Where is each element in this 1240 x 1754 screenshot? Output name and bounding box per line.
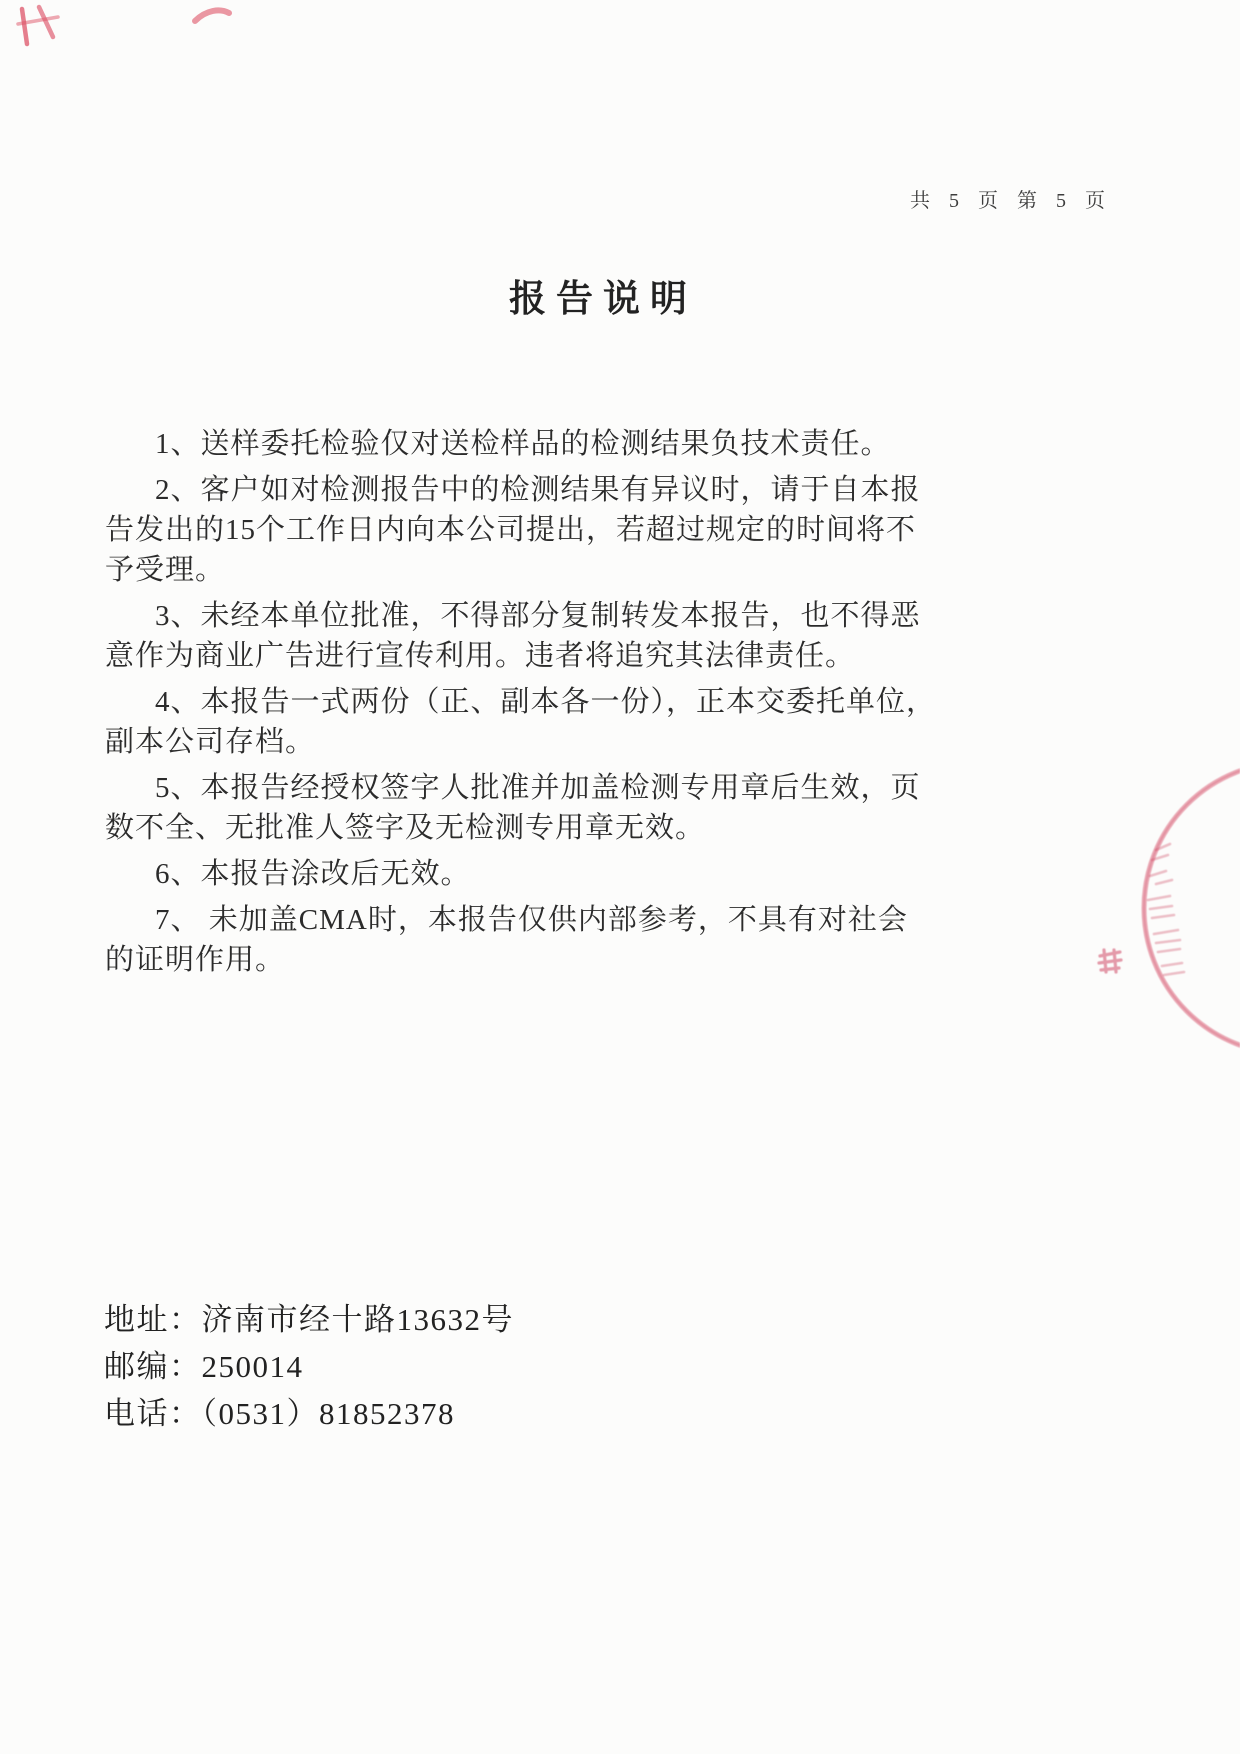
postcode-line: 邮编：250014 (104, 1343, 514, 1390)
red-pen-mark-left (12, 4, 66, 50)
red-pen-mark-small (190, 2, 234, 30)
note-line: 告发出的15个工作日内向本公司提出，若超过规定的时间将不 (105, 510, 925, 550)
note-line: 予受理。 (105, 550, 925, 590)
note-item: 7、 未加盖CMA时，本报告仅供内部参考，不具有对社会的证明作用。 (105, 900, 925, 980)
company-stamp (1090, 758, 1240, 1058)
stamp-ink-marks (1148, 844, 1184, 975)
note-line: 的证明作用。 (105, 940, 925, 980)
note-item: 2、客户如对检测报告中的检测结果有异议时，请于自本报告发出的15个工作日内向本公… (105, 470, 925, 590)
note-item: 4、本报告一式两份（正、副本各一份），正本交委托单位，副本公司存档。 (105, 682, 925, 762)
phone-line: 电话：（0531）81852378 (104, 1390, 514, 1437)
note-line: 意作为商业广告进行宣传利用。违者将追究其法律责任。 (105, 636, 925, 676)
note-line: 3、未经本单位批准，不得部分复制转发本报告，也不得恶 (105, 596, 925, 636)
note-line: 7、 未加盖CMA时，本报告仅供内部参考，不具有对社会 (105, 900, 925, 940)
note-item: 6、本报告涂改后无效。 (105, 854, 925, 894)
page-title: 报告说明 (0, 268, 1240, 322)
note-line: 4、本报告一式两份（正、副本各一份），正本交委托单位， (105, 682, 925, 722)
note-line: 5、本报告经授权签字人批准并加盖检测专用章后生效，页 (105, 768, 925, 808)
address-line: 地址：济南市经十路13632号 (104, 1296, 514, 1343)
note-line: 1、送样委托检验仅对送检样品的检测结果负技术责任。 (105, 424, 925, 464)
page-number: 共 5 页 第 5 页 (910, 184, 1112, 213)
stamp-ink-blob (1099, 950, 1121, 972)
note-item: 5、本报告经授权签字人批准并加盖检测专用章后生效，页数不全、无批准人签字及无检测… (105, 768, 925, 848)
report-page: 共 5 页 第 5 页 报告说明 1、送样委托检验仅对送检样品的检测结果负技术责… (0, 0, 1240, 1754)
notes-list: 1、送样委托检验仅对送检样品的检测结果负技术责任。2、客户如对检测报告中的检测结… (105, 424, 925, 986)
note-item: 1、送样委托检验仅对送检样品的检测结果负技术责任。 (105, 424, 925, 464)
note-line: 6、本报告涂改后无效。 (105, 854, 925, 894)
note-line: 2、客户如对检测报告中的检测结果有异议时，请于自本报 (105, 470, 925, 510)
note-item: 3、未经本单位批准，不得部分复制转发本报告，也不得恶意作为商业广告进行宣传利用。… (105, 596, 925, 676)
note-line: 副本公司存档。 (105, 722, 925, 762)
note-line: 数不全、无批准人签字及无检测专用章无效。 (105, 808, 925, 848)
contact-block: 地址：济南市经十路13632号 邮编：250014 电话：（0531）81852… (104, 1296, 514, 1437)
